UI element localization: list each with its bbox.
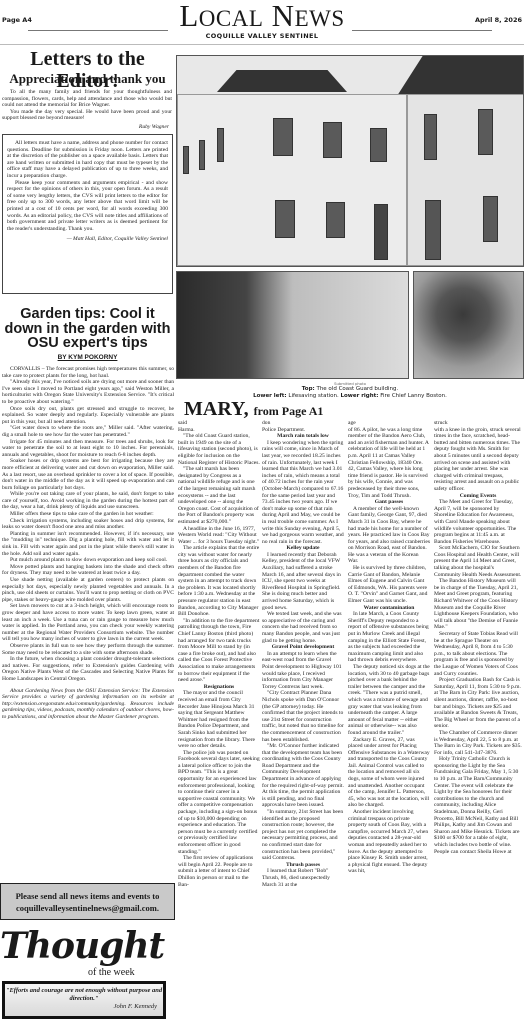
thought-subtitle: of the week <box>88 967 135 978</box>
masthead-rule-right <box>352 30 492 31</box>
paragraph: Secretary of State Tobias Read will be a… <box>434 631 522 677</box>
thought-of-the-week: Thought of the week "Efforts and courage… <box>0 925 175 1023</box>
letters-subheading: Appreciation and thank you <box>0 71 175 87</box>
paragraph: The police job was posted on Facebook se… <box>178 750 260 856</box>
paragraph: The mayor and the council received an em… <box>178 690 260 749</box>
paragraph: "In addition to the fire department patr… <box>178 618 260 684</box>
paragraph: with a knee in the groin, struck several… <box>434 427 522 493</box>
paragraph: "In summary, 21st Street has been identi… <box>262 809 344 862</box>
mary-column-4: struckwith a knee in the groin, struck s… <box>434 420 522 855</box>
paragraph: I keep wondering when the spring rains w… <box>262 440 344 546</box>
letter-body: To all the many family and friends for y… <box>2 89 172 122</box>
paragraph: Another incident involving criminal tres… <box>348 809 430 875</box>
subheading: Thrush passes <box>262 862 344 869</box>
subheading: Water contamination <box>348 605 430 612</box>
garden-headline: Garden tips: Cool it down in the garden … <box>0 307 175 351</box>
paragraph: Police Department. <box>262 427 344 434</box>
subheading: Resignations <box>178 684 260 691</box>
paragraph: The Bandon History Museum will be in cha… <box>434 578 522 631</box>
letters-policy-box: All letters must have a name, address an… <box>2 134 173 294</box>
paragraph: "Mr. O'Connor further indicated that the… <box>262 743 344 809</box>
paragraph: I learned recently that Deborah Kelley, … <box>262 552 344 611</box>
subheading: Gant passes <box>348 499 430 506</box>
paragraph: He is survived by three children, Carrie… <box>348 565 430 605</box>
paragraph: The Chamber of Commerce dinner is Wednes… <box>434 730 522 756</box>
mary-jump-headline: MARY, from Page A1 <box>184 398 323 422</box>
letter-signature: Ruby Wagner <box>139 124 169 130</box>
paragraph: The first review of applications will be… <box>178 855 260 888</box>
editor-signature: — Matt Hall, Editor, Coquille Valley Sen… <box>7 236 168 243</box>
issue-date: April 8, 2026 <box>475 16 522 24</box>
paragraph: In late March, a Coos County Sheriff's D… <box>348 611 430 664</box>
subheading: March rain totals low <box>262 433 344 440</box>
quote-text: "Efforts and courage are not enough with… <box>5 987 163 1003</box>
news-submission-notice: Please send all news items and events to… <box>0 883 175 920</box>
paragraph: Harma. <box>178 427 260 434</box>
photo-fire-chief <box>413 271 524 379</box>
paragraph: The Meet and Greet for Tuesday, April 7,… <box>434 499 522 545</box>
header-divider <box>0 44 524 45</box>
paragraph: We texted last week, and she was so appr… <box>262 611 344 644</box>
byline: BY KYM POKORNY <box>0 354 175 361</box>
paragraph: Project Graduation Bash for Cash is Satu… <box>434 677 522 730</box>
paragraph: "City Contract Planner Dana Nichols spok… <box>262 690 344 743</box>
paragraph: said <box>178 420 260 427</box>
paragraph: of 86. A pilot, he was a long time membe… <box>348 427 430 500</box>
mary-column-3: ageof 86. A pilot, he was a long time me… <box>348 420 430 875</box>
mary-column-1: saidHarma."The old Coast Guard station, … <box>178 420 260 888</box>
paragraph: The article explains that the entire cit… <box>178 545 260 618</box>
quote-box: "Efforts and courage are not enough with… <box>2 981 166 1019</box>
paragraph: Holy Trinity Catholic Church is sponsori… <box>434 756 522 855</box>
subheading: Gravel Point development <box>262 644 344 651</box>
paragraph: A member of the well-known Gant family, … <box>348 506 430 565</box>
paragraph: A headline in the June 16, 1977, Western… <box>178 526 260 546</box>
paragraph: don <box>262 420 344 427</box>
photo-coast-guard-building <box>176 55 524 267</box>
paragraph: struck <box>434 420 522 427</box>
submission-email-link[interactable]: coquillevalleysentinelnews@gmail.com. <box>1 902 174 914</box>
about-extension: About Gardening News from the OSU Extens… <box>2 688 174 721</box>
paper-name: COQUILLE VALLEY SENTINEL <box>0 32 524 40</box>
paragraph: "The salt marsh has been designated by C… <box>178 466 260 525</box>
quote-author: John F. Kennedy <box>5 1003 163 1011</box>
paragraph: "The old Coast Guard station, built in 1… <box>178 433 260 466</box>
thought-title: Thought <box>0 925 164 967</box>
photo-lifesaving-station <box>176 271 409 379</box>
subheading: Kelley update <box>262 545 344 552</box>
paragraph: age <box>348 420 430 427</box>
garden-article-body: CORVALLIS – The forecast promises high t… <box>2 366 174 720</box>
paragraph: In an attempt to learn when the east-wes… <box>262 651 344 691</box>
paragraph: I learned that Robert "Bob" Thrush, 86, … <box>262 868 344 888</box>
paragraph: The deputy noticed six dogs at the locat… <box>348 664 430 737</box>
paragraph: Zackary E. Graves, 27, was placed under … <box>348 737 430 810</box>
paragraph: Scott McEachern, CIO for Southern Coos H… <box>434 545 522 578</box>
masthead: Page A4 LOCAL NEWS COQUILLE VALLEY SENTI… <box>0 0 524 46</box>
mary-column-2: donPolice Department.March rain totals l… <box>262 420 344 888</box>
